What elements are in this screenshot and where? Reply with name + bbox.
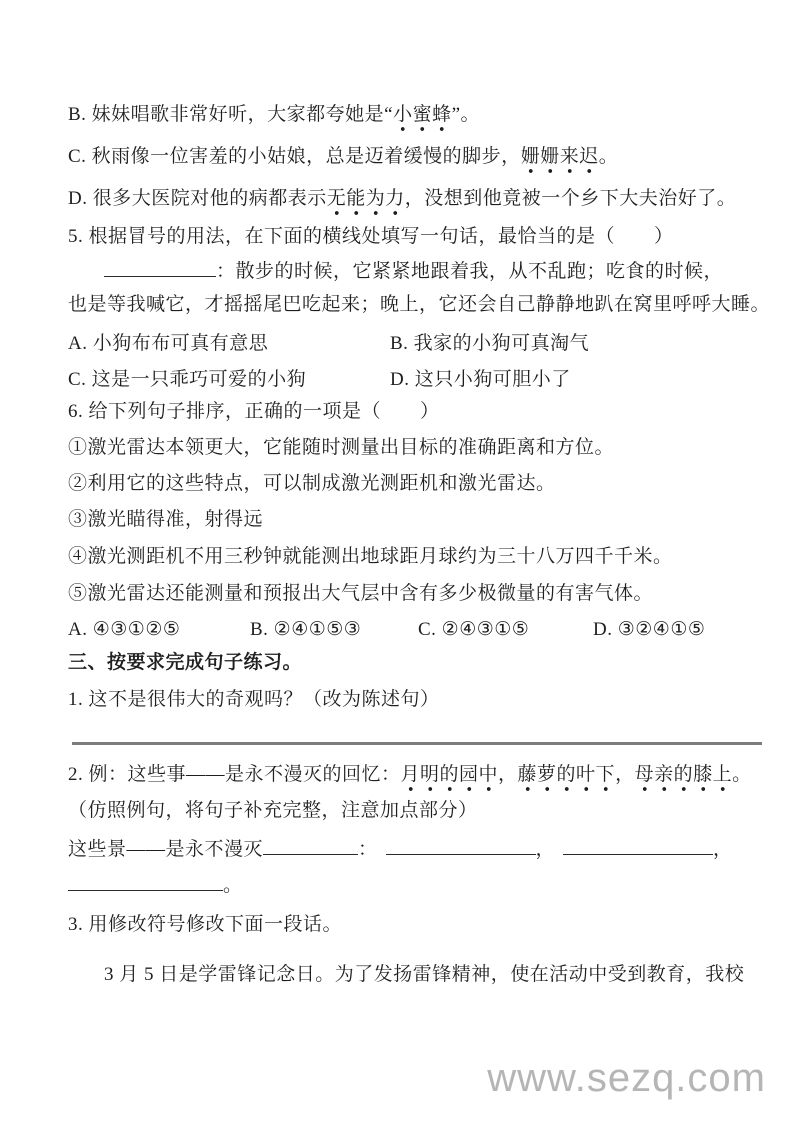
q4-option-d-emphasis: 无能为力 bbox=[327, 188, 405, 216]
q6-sentence-4: ④激光测距机不用三秒钟就能测出地球距月球约为三十八万四千千米。 bbox=[68, 544, 673, 571]
q5-option-d: D. 这只小狗可胆小了 bbox=[390, 367, 571, 393]
q4-option-d-post: ，没想到他竟被一个乡下大夫治好了。 bbox=[405, 188, 737, 209]
q2-fill-comma-2: ， bbox=[713, 839, 733, 860]
q2-fill-comma-1: ， bbox=[536, 839, 556, 860]
q6-title: 6. 给下列句子排序，正确的一项是（ ） bbox=[68, 399, 440, 426]
q2-example-sep-2: ， bbox=[615, 764, 635, 785]
q4-option-c-emphasis: 姗姗来迟 bbox=[521, 146, 599, 174]
q2-fill-colon: ： bbox=[358, 839, 378, 860]
q4-option-d: D. 很多大医院对他的病都表示无能为力，没想到他竟被一个乡下大夫治好了。 bbox=[68, 186, 736, 213]
q2-answer-blank-1 bbox=[263, 838, 358, 855]
sec3-q3-paragraph: 3 月 5 日是学雷锋记念日。为了发扬雷锋精神，使在活动中受到教育，我校 bbox=[104, 962, 744, 989]
q5-title: 5. 根据冒号的用法，在下面的横线处填写一句话，最恰当的是（ ） bbox=[68, 224, 674, 251]
sec3-q1: 1. 这不是很伟大的奇观吗？（改为陈述句） bbox=[68, 687, 440, 714]
q2-example-emphasis-1: 月明的园中 bbox=[401, 764, 499, 792]
q4-option-d-pre: D. 很多大医院对他的病都表示 bbox=[68, 188, 327, 209]
q5-answer-blank bbox=[104, 260, 216, 277]
q6-option-a: A. ④③①②⑤ bbox=[68, 617, 180, 643]
q5-options-row2: C. 这是一只乖巧可爱的小狗 D. 这只小狗可胆小了 bbox=[68, 367, 800, 394]
section3-heading: 三、按要求完成句子练习。 bbox=[68, 650, 302, 677]
sec3-q3-title: 3. 用修改符号修改下面一段话。 bbox=[68, 912, 342, 939]
q5-option-b: B. 我家的小狗可真淘气 bbox=[390, 331, 589, 357]
q2-example-emphasis-2: 藤萝的叶下 bbox=[518, 764, 616, 792]
q6-sentence-2: ②利用它的这些特点，可以制成激光测距机和激光雷达。 bbox=[68, 471, 556, 498]
q4-option-c-pre: C. 秋雨像一位害羞的小姑娘，总是迈着缓慢的脚步， bbox=[68, 146, 521, 167]
sec3-q2-fill-line1: 这些景——是永不漫灭：，， bbox=[68, 837, 733, 864]
q4-option-b: B. 妹妹唱歌非常好听，大家都夸她是“小蜜蜂”。 bbox=[68, 102, 480, 129]
q2-example-pre: 2. 例：这些事——是永不漫灭的回忆： bbox=[68, 764, 401, 785]
q5-stem-line1: ：散步的时候，它紧紧地跟着我，从不乱跑；吃食的时候， bbox=[104, 259, 723, 286]
sec3-q2-note: （仿照例句，将句子补充完整，注意加点部分） bbox=[68, 798, 478, 825]
q2-fill-pre: 这些景——是永不漫灭 bbox=[68, 839, 263, 860]
q6-option-d: D. ③②④①⑤ bbox=[593, 617, 705, 643]
q5-stem-rest: ：散步的时候，它紧紧地跟着我，从不乱跑；吃食的时候， bbox=[216, 261, 723, 282]
watermark: www.sezq.com bbox=[487, 1056, 766, 1101]
q4-option-b-pre: B. 妹妹唱歌非常好听，大家都夸她是“ bbox=[68, 104, 393, 125]
q6-options-row: A. ④③①②⑤ B. ②④①⑤③ C. ②④③①⑤ D. ③②④①⑤ bbox=[68, 617, 800, 644]
q6-sentence-5: ⑤激光雷达还能测量和预报出大气层中含有多少极微量的有害气体。 bbox=[68, 581, 653, 608]
document-page: B. 妹妹唱歌非常好听，大家都夸她是“小蜜蜂”。 C. 秋雨像一位害羞的小姑娘，… bbox=[0, 0, 800, 1132]
q2-fill-period: 。 bbox=[223, 875, 243, 896]
q2-answer-blank-2 bbox=[386, 838, 536, 855]
q5-stem-line2: 也是等我喊它，才摇摇尾巴吃起来；晚上，它还会自己静静地趴在窝里呼呼大睡。 bbox=[68, 292, 770, 319]
q2-example-end: 。 bbox=[732, 764, 752, 785]
q2-answer-blank-4 bbox=[68, 874, 223, 891]
q6-sentence-3: ③激光瞄得准，射得远 bbox=[68, 507, 263, 534]
q4-option-c: C. 秋雨像一位害羞的小姑娘，总是迈着缓慢的脚步，姗姗来迟。 bbox=[68, 144, 618, 171]
answer-rule-line bbox=[72, 742, 762, 745]
sec3-q2-fill-line2: 。 bbox=[68, 873, 243, 900]
q2-answer-blank-3 bbox=[563, 838, 713, 855]
q2-example-sep-1: ， bbox=[498, 764, 518, 785]
q6-option-b: B. ②④①⑤③ bbox=[250, 617, 361, 643]
q4-option-b-post: ”。 bbox=[452, 104, 480, 125]
q2-example-emphasis-3: 母亲的膝上 bbox=[635, 764, 733, 792]
q5-option-c: C. 这是一只乖巧可爱的小狗 bbox=[68, 367, 306, 393]
q6-option-c: C. ②④③①⑤ bbox=[418, 617, 529, 643]
q5-option-a: A. 小狗布布可真有意思 bbox=[68, 331, 268, 357]
q4-option-b-emphasis: 小蜜蜂 bbox=[393, 104, 452, 132]
q4-option-c-post: 。 bbox=[599, 146, 619, 167]
sec3-q2-example: 2. 例：这些事——是永不漫灭的回忆：月明的园中，藤萝的叶下，母亲的膝上。 bbox=[68, 762, 752, 789]
q5-options-row1: A. 小狗布布可真有意思 B. 我家的小狗可真淘气 bbox=[68, 331, 800, 358]
q6-sentence-1: ①激光雷达本领更大，它能随时测量出目标的准确距离和方位。 bbox=[68, 435, 614, 462]
